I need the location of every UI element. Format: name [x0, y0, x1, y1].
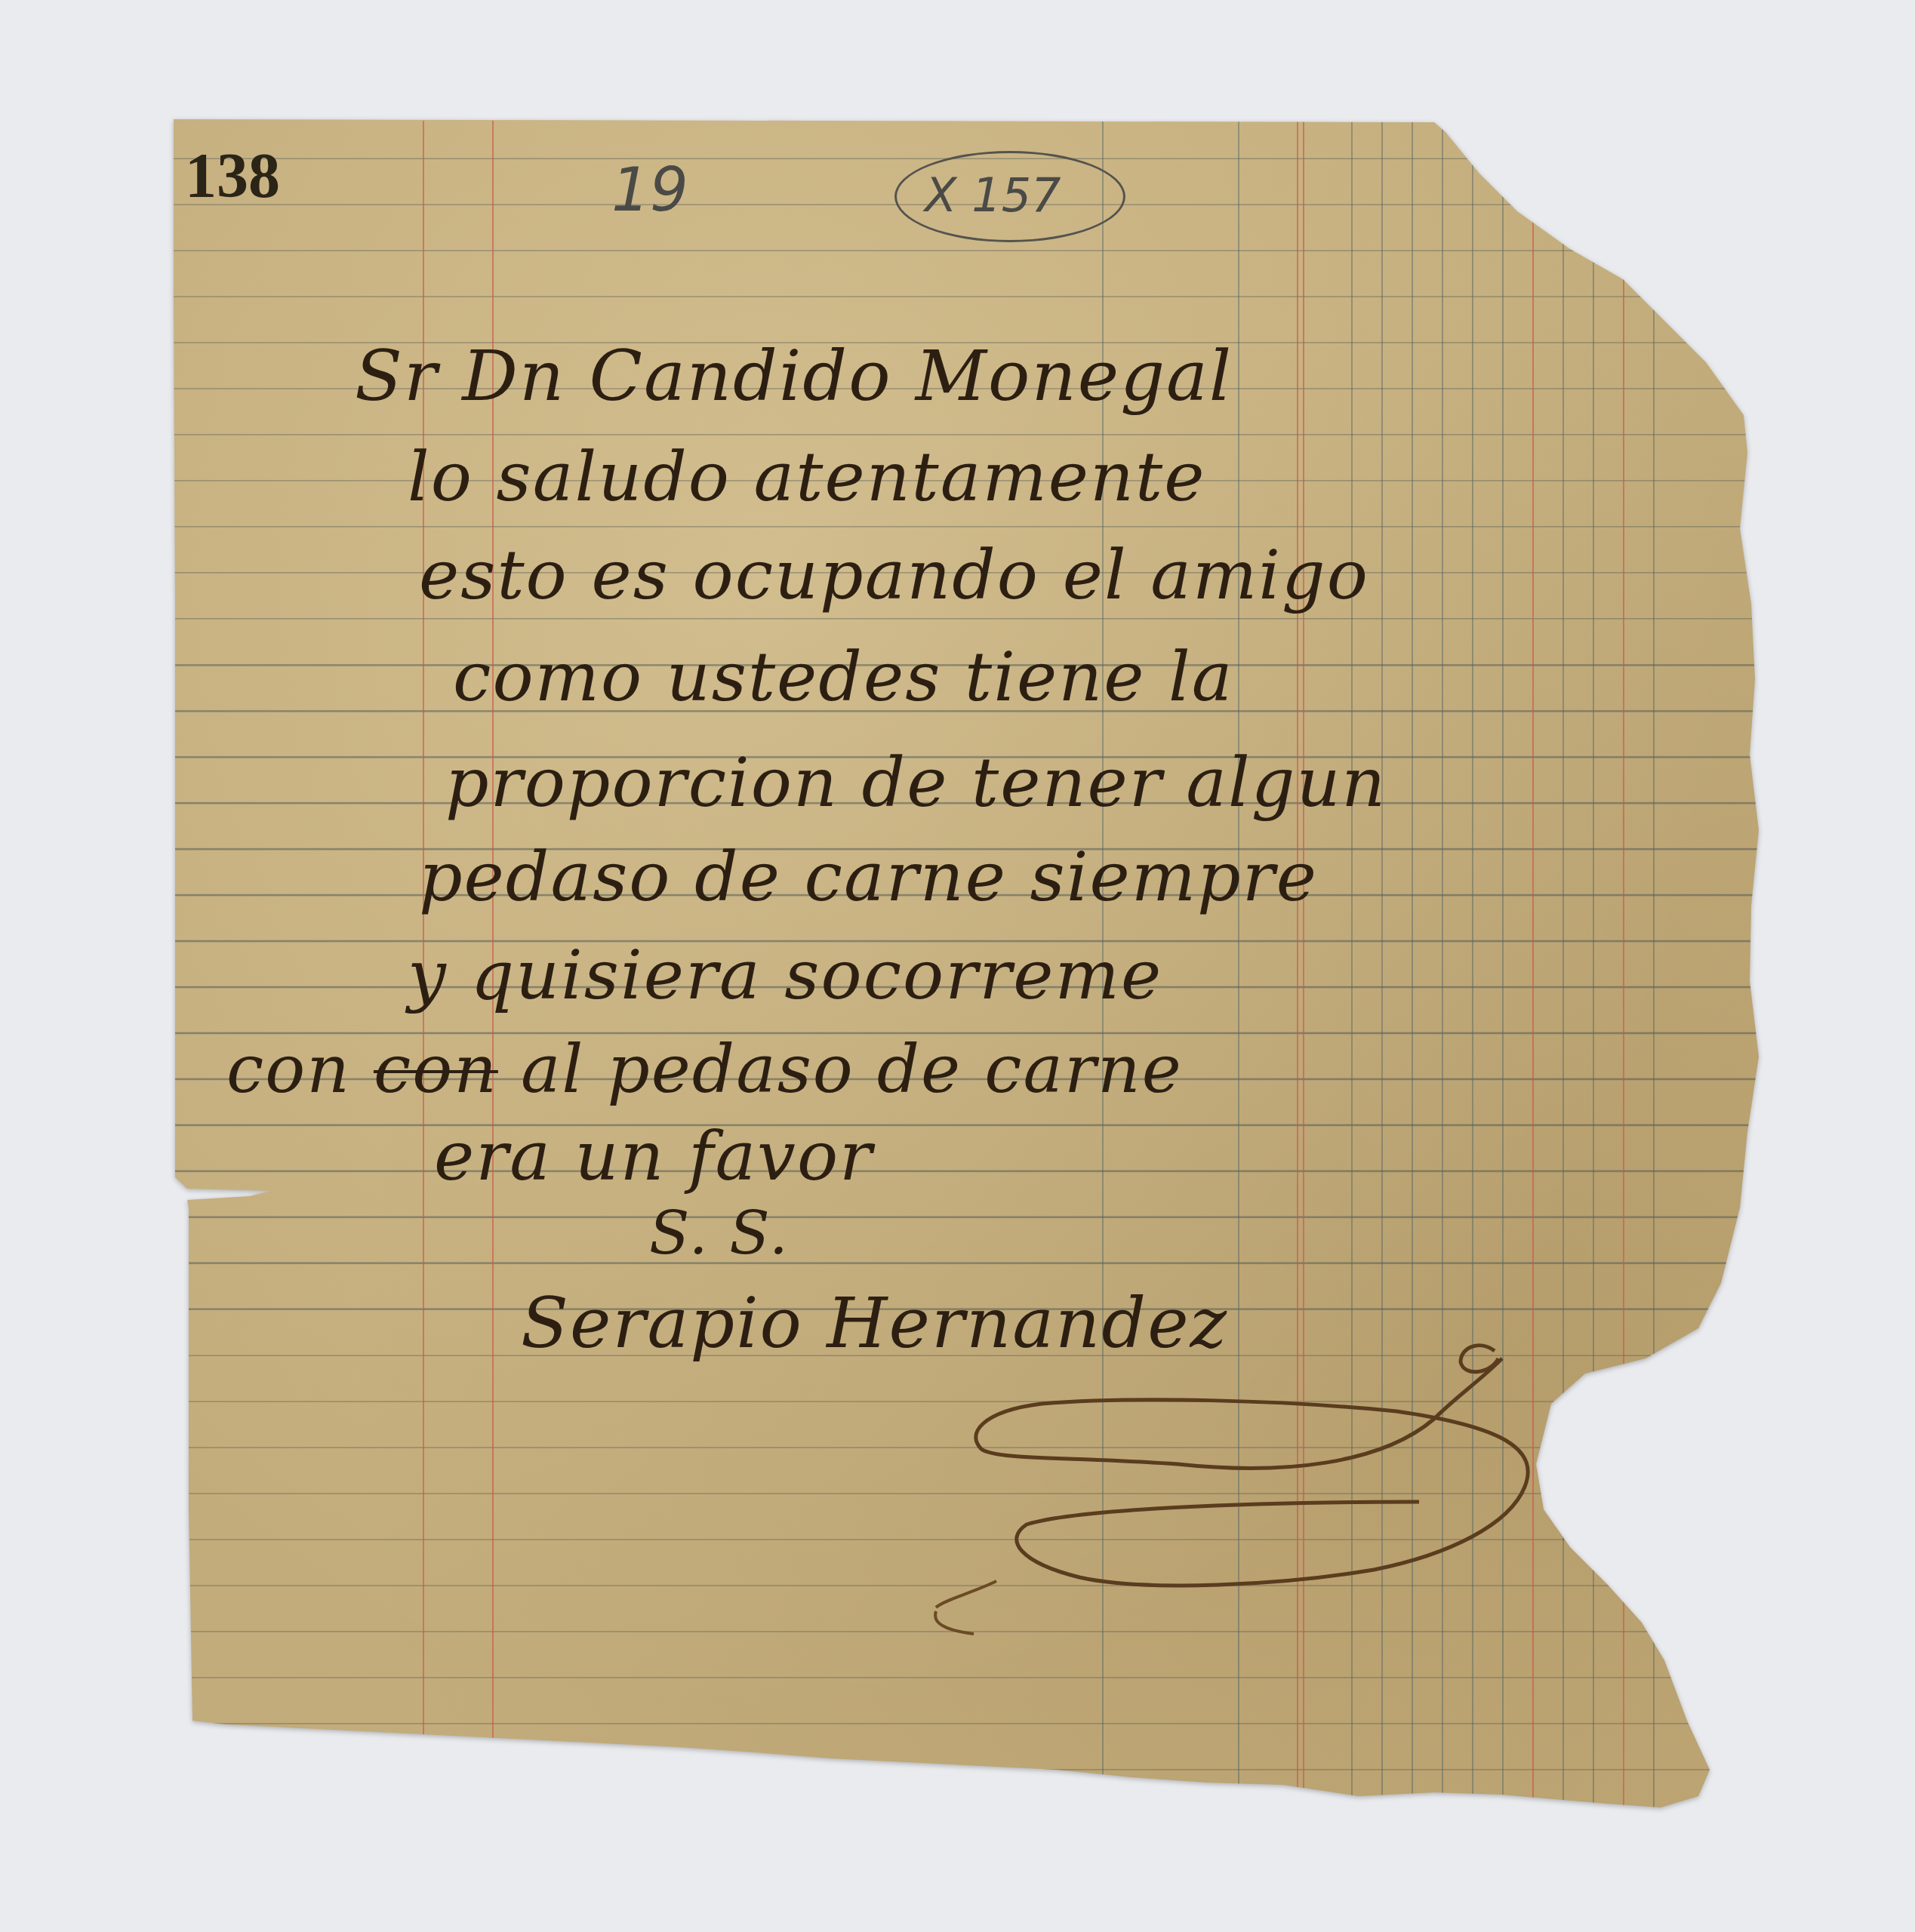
signature-flourish	[0, 0, 1915, 1932]
letter-paper: 138 19 X 157 Sr Dn Candido Monegal lo sa…	[0, 0, 1915, 1932]
paper-shadow: 138 19 X 157 Sr Dn Candido Monegal lo sa…	[0, 0, 1915, 1932]
